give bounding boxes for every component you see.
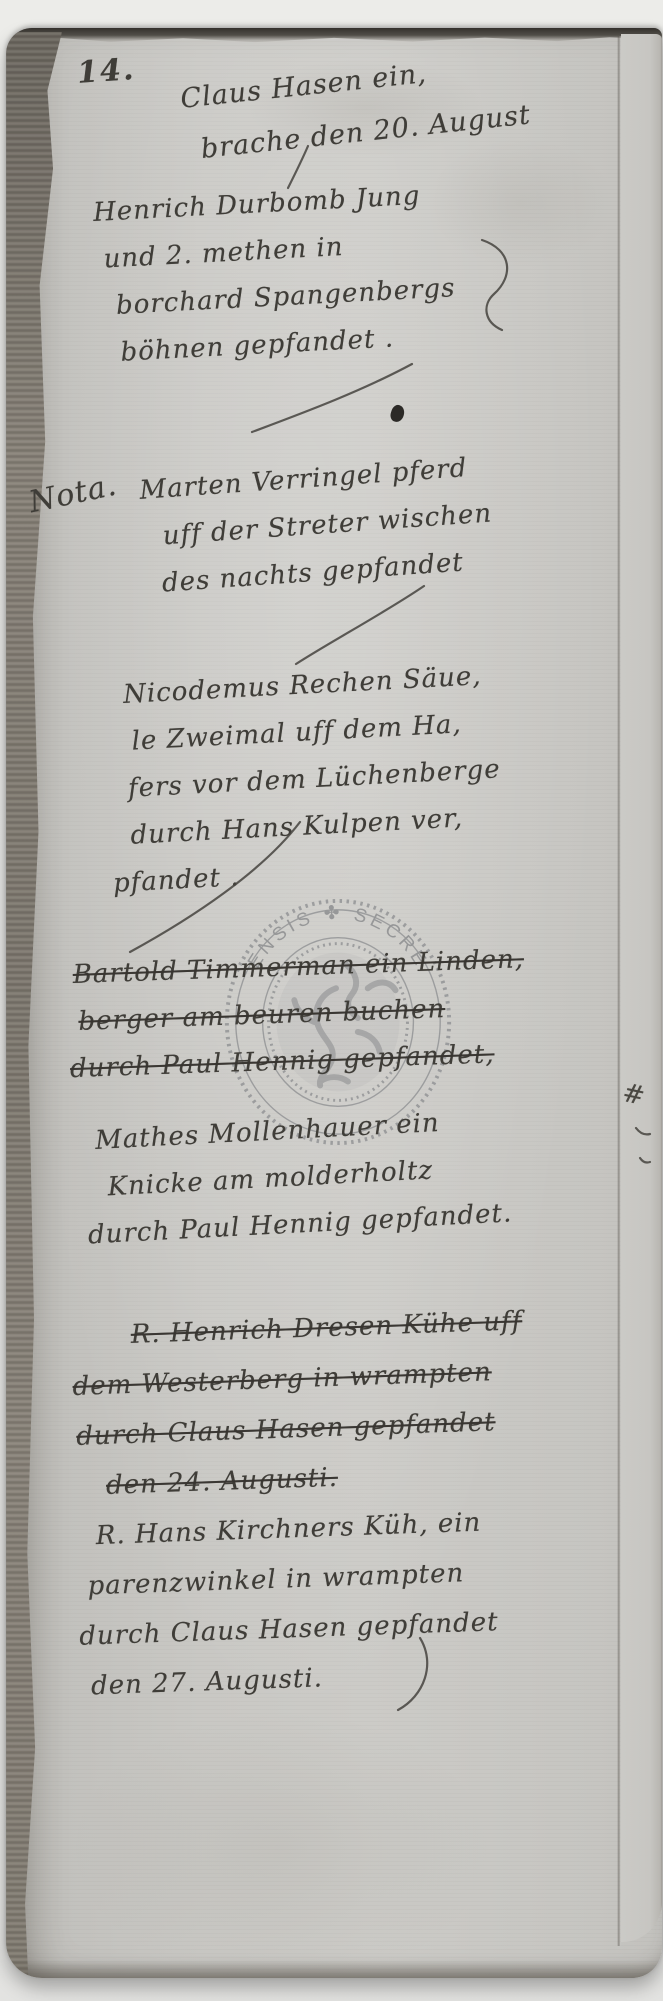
- register-entry-6: Mathes Mollenhauer ein Knicke am molderh…: [94, 1096, 513, 1258]
- register-entry-3: Marten Verringel pferd uff der Streter w…: [138, 444, 497, 609]
- paper-stain: [66, 1708, 496, 1978]
- page-bottom-edge: [6, 1960, 662, 1978]
- register-entry-4: Nicodemus Rechen Säue, le Zweimal uff de…: [122, 652, 507, 906]
- register-entry-2: Henrich Durbomb Jung und 2. methen in bo…: [92, 171, 459, 377]
- manuscript-scan: ENSIS ✤ SECRE 14. Claus Hasen ein, brach…: [0, 0, 663, 2001]
- register-entry-8: R. Hans Kirchners Küh, ein parenzwinkel …: [70, 1497, 501, 1712]
- underlying-page-edge: [621, 34, 662, 1942]
- register-entry-5-struck: Bartold Timmerman ein Linden, berger am …: [72, 936, 528, 1093]
- register-entry-7-struck: R. Henrich Dresen Kühe uff dem Westerber…: [70, 1296, 528, 1512]
- binding-spine-edge: [6, 32, 62, 1978]
- paper-stain: [426, 138, 616, 268]
- page-number-text: 14.: [76, 52, 137, 91]
- page-top-edge: [6, 28, 662, 44]
- page-number: 14.: [76, 52, 137, 91]
